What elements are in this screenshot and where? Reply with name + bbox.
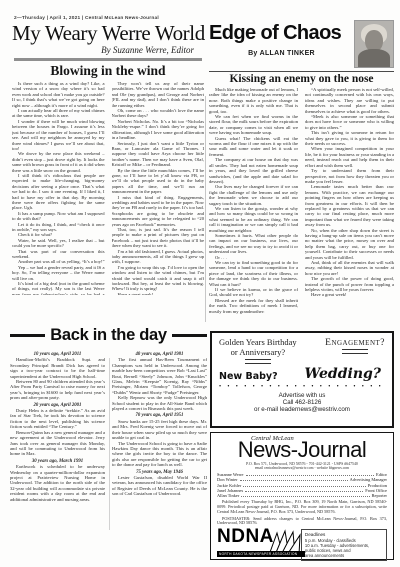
history-item: The first annual Has-Been Tournament of … [112, 357, 207, 395]
article-paragraph: Try to understand them from their perspe… [305, 168, 394, 184]
masthead-title: News-Journal [217, 440, 387, 460]
article-paragraph: I miss that kind of thing. Engagements, … [112, 195, 205, 227]
article-paragraph: We can listen to the gossip, wonder at w… [209, 206, 298, 233]
ad-golden-years-text: Golden Years Birthday or Anniversary? [219, 338, 297, 358]
article-paragraph: This isn’t giving to someone in return f… [305, 130, 394, 146]
article-paragraph: I wonder if there will be much wind blow… [12, 119, 105, 151]
dotted-leader [243, 486, 365, 487]
published-notice: Published every Thursday by BHG, Inc., P… [217, 500, 387, 515]
article-paragraph: That was part of our conversation this w… [12, 249, 105, 260]
ad-golden-line2: or Anniversary? [231, 347, 286, 357]
ad-advertise-line: Advertise with us [219, 392, 385, 399]
article-paragraph: Norbert Nicholas. No. It’s a bit too “Ni… [112, 119, 205, 141]
article-paragraph: Have a great week! [305, 292, 394, 297]
article-paragraph: No, when the other shop down the street … [305, 228, 394, 260]
history-item: Snow banks are 15-25 feet high these day… [112, 419, 207, 441]
article-byline: By Suzanne Werre, Editor [12, 45, 194, 55]
divider-rule [10, 334, 45, 337]
article-edge-of-chaos: Edge of Chaos By ALLAN TINKER Kissing an… [209, 20, 394, 314]
dotted-leader [241, 496, 369, 497]
ad-engagement-text: Engagement? [325, 338, 385, 348]
deadlines-title: Deadlines [305, 532, 383, 537]
ndna-acronym: NDNA [217, 526, 274, 548]
article-paragraph: The growth of the power of doing good, i… [305, 276, 394, 292]
history-item: The Underwood School is going to have a … [112, 441, 207, 468]
article-subhead: Kissing an enemy on the nose [209, 73, 394, 85]
article-subhead: Blowing in the wind [12, 63, 204, 79]
article-headline: My Weary Werre World [12, 22, 204, 44]
dotted-leader [240, 480, 348, 481]
history-item: Benson-Quinn has a new general manager a… [10, 430, 105, 457]
article-byline: By ALLAN TINKER [209, 50, 354, 57]
article-paragraph: Our lives may be changed forever if we c… [209, 184, 298, 206]
ad-wedding-text: Wedding? [304, 366, 381, 382]
article-paragraph: Oh, come on . . . who wouldn’t love the … [112, 108, 205, 119]
article-paragraph: Water, he said. Well, yes, I realize tha… [12, 238, 105, 249]
ad-new-baby-text: New Baby? [219, 371, 278, 382]
column-divider-rule [205, 96, 206, 322]
divider-rule [209, 71, 394, 72]
flourish-ornament [245, 359, 271, 364]
staff-row: Allan Tinker Reporter [217, 493, 387, 498]
advertise-with-us-ad: Golden Years Birthday or Anniversary? En… [210, 331, 394, 428]
article-column-2: They won’t tell us any of their name pos… [112, 81, 205, 295]
article-paragraph: I can actually hear all three of my wind… [12, 108, 105, 119]
newspaper-masthead: Central McLean News-Journal P.O. Box 571… [210, 432, 394, 560]
staff-role: Reporter [372, 493, 387, 498]
article-paragraph: I’m going to wrap this up. I’d love to o… [112, 265, 205, 292]
article-paragraph: Yep – we had a gender reveal party, and … [12, 265, 105, 281]
article-my-weary-werre-world: My Weary Werre World By Suzanne Werre, E… [12, 22, 204, 295]
section-headline: Back in the day [50, 326, 167, 345]
article-paragraph: I still think it’s ridiculous that peopl… [12, 173, 105, 211]
newspaper-page: 2—Thursday | April 1, 2021 | Central McL… [0, 0, 400, 567]
article-paragraph: It has a sump pump. Now what am I suppos… [12, 211, 105, 222]
column-divider-rule [109, 358, 110, 530]
article-paragraph: Have a great week! [112, 292, 205, 295]
article-paragraph: “A spiritually meek person is not self-w… [305, 87, 394, 114]
photo-torso-shape [358, 49, 390, 67]
article-paragraph: Guess what! The chickens will eat the wo… [209, 136, 298, 158]
article-paragraph: We drove by the new place this weekend –… [12, 151, 105, 173]
article-paragraph: We can fret when we find worms in the st… [209, 114, 298, 136]
article-paragraph: Is there such a thing as a wind day? Lik… [12, 81, 105, 108]
article-paragraph: Let it do its thing, I think, and “check… [12, 222, 105, 233]
article-paragraph: “Meek is also someone or something that … [305, 114, 394, 130]
columnist-portrait-photo [354, 20, 394, 68]
article-column-1: Is there such a thing as a wind day? Lik… [12, 81, 105, 295]
article-paragraph: Lemonade tastes much better than raw lem… [305, 184, 394, 227]
article-paragraph: The company at our house on that day was… [209, 157, 298, 184]
dotted-divider: • • • • • • • • • • • • • • • • • • • • … [219, 385, 385, 390]
dotted-leader [246, 475, 375, 476]
history-item: Lester Gustafson, disabled World War II … [112, 475, 207, 497]
article-column-2: “A spiritually meek person is not self-w… [305, 87, 394, 314]
article-paragraph: They won’t tell us any of their name pos… [112, 81, 205, 108]
article-paragraph: We can try to find something good to do … [209, 260, 298, 287]
history-column-2: 40 years ago, April 1981The first annual… [112, 350, 207, 554]
history-item: Earthwork is scheduled to be underway We… [10, 464, 105, 502]
history-item: Dusty Helm is a definite “trekkie.” As a… [10, 408, 105, 430]
article-headline: Edge of Chaos [209, 22, 354, 45]
article-column-1: Much like making lemonade out of lemons,… [209, 87, 298, 314]
article-paragraph: That, too, is just sad. It’s the reason … [112, 227, 205, 249]
staff-name: Allan Tinker [217, 493, 239, 498]
divider-rule [14, 58, 202, 61]
article-paragraph: It’s kind of a big deal (not in the gran… [12, 281, 105, 295]
deadlines-box: Deadlines 5 p.m. Monday - classifieds10 … [301, 529, 387, 561]
ad-email-address: or e-mail leadernews@westriv.com [219, 406, 385, 413]
article-paragraph: When your imagined competition in your l… [305, 146, 394, 168]
article-paragraph: If we believe in karma, or in the grace … [209, 287, 298, 298]
article-paragraph: Blessed are the meek for they shall inhe… [209, 298, 298, 314]
ad-golden-line1: Golden Years Birthday [219, 337, 297, 347]
deadline-item: area announcements [305, 553, 383, 558]
article-paragraph: And, think of all the enemies that will … [305, 260, 394, 276]
article-paragraph: Sometimes it hurts. What other people do… [209, 233, 298, 255]
history-column-1: 10 years ago, April 2011Hamilton-Moffit’… [10, 350, 105, 554]
history-item: Kelly Repnow was the only Underwood High… [112, 395, 207, 411]
dotted-leader [245, 491, 363, 492]
history-item: Between 80 and 90 children attended this… [10, 379, 105, 401]
history-item: Hamilton-Moffit’s Braddock Supt. and Sec… [10, 357, 105, 379]
ndna-logo: NDNA NORTH DAKOTA NEWSPAPER ASSOCIATION [217, 529, 301, 563]
staff-list: Suzanne Werre Editor Don Winter Advertis… [217, 472, 387, 499]
article-paragraph: Seriously, I just don’t want a little Ty… [112, 141, 205, 168]
postmaster-notice: POSTMASTER: Send address changes to Cent… [217, 517, 387, 527]
article-paragraph: Much like making lemonade out of lemons,… [209, 87, 298, 114]
ndna-caption: NORTH DAKOTA NEWSPAPER ASSOCIATION [217, 551, 305, 557]
article-paragraph: I’m a bit old fashioned, I guess. Actual… [112, 249, 205, 265]
article-paragraph: By the time the little munchkin comes, I… [112, 168, 205, 195]
deadlines-list: 5 p.m. Monday - classifieds10 a.m. Tuesd… [305, 538, 383, 558]
masthead-contact: email centralmcleannews@westriv.com - we… [217, 466, 387, 470]
ad-phone-number: Call 462-8126 [219, 399, 385, 406]
flourish-ornament [342, 349, 368, 354]
divider-rule [172, 334, 207, 337]
